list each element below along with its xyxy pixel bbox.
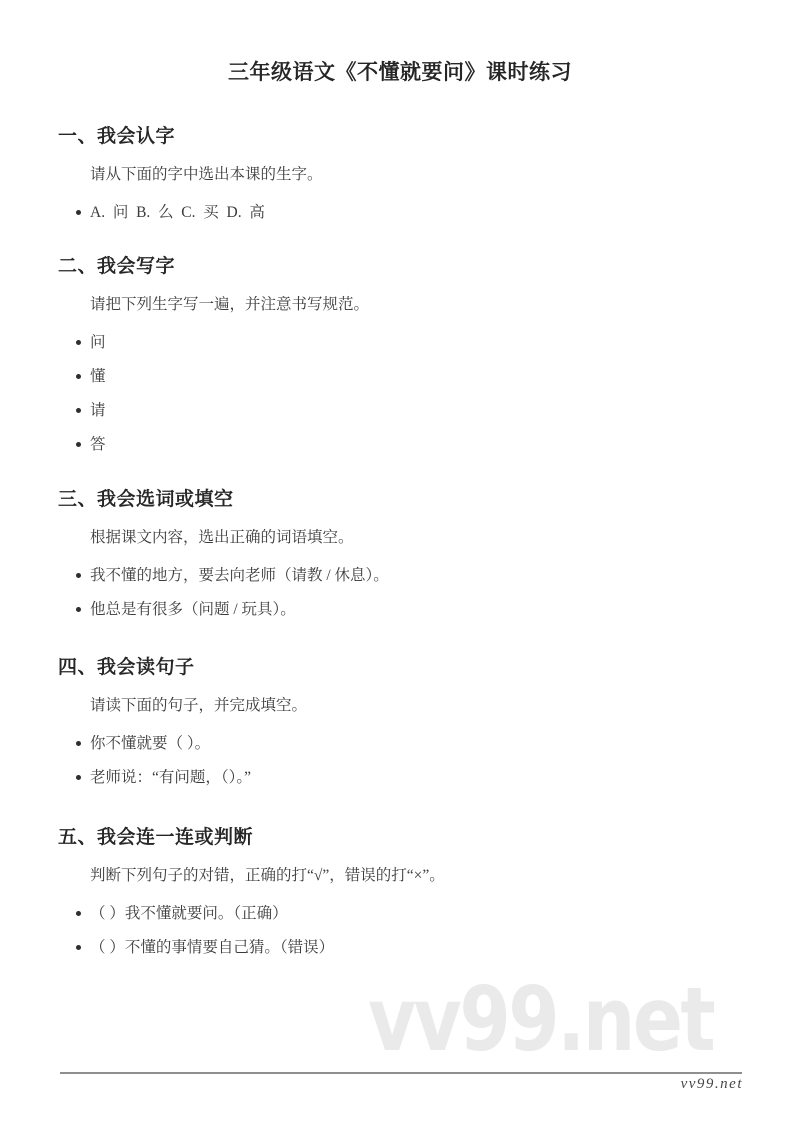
list-item: 老师说：“有问题，（）。”: [90, 768, 800, 787]
worksheet-page: 三年级语文《不懂就要问》课时练习 一、我会认字 请从下面的字中选出本课的生字。 …: [0, 0, 800, 1130]
section-heading: 一、我会认字: [0, 126, 800, 148]
section-item-list: A. 问 B. 么 C. 买 D. 高: [0, 203, 800, 222]
section-heading: 二、我会写字: [0, 256, 800, 278]
bullet-icon: [76, 374, 81, 379]
item-text: （ ）不懂的事情要自己猜。（错误）: [90, 939, 334, 956]
section-instruction: 请读下面的句子，并完成填空。: [0, 696, 800, 715]
bullet-icon: [76, 442, 81, 447]
section-item-list: 问 懂 请 答: [0, 333, 800, 454]
watermark-text: vv99.net: [368, 968, 713, 1071]
list-item: 答: [90, 435, 800, 454]
item-text: 他总是有很多（问题 / 玩具）。: [90, 601, 296, 618]
list-item: 懂: [90, 367, 800, 386]
bullet-icon: [76, 607, 81, 612]
list-item: 我不懂的地方，要去向老师（请教 / 休息）。: [90, 566, 800, 585]
section-heading: 五、我会连一连或判断: [0, 827, 800, 849]
section-item-list: 你不懂就要（ ）。 老师说：“有问题，（）。”: [0, 734, 800, 787]
item-text: 请: [90, 402, 106, 419]
bullet-icon: [76, 741, 81, 746]
bullet-icon: [76, 911, 81, 916]
section-instruction: 请从下面的字中选出本课的生字。: [0, 165, 800, 184]
section-instruction: 根据课文内容，选出正确的词语填空。: [0, 528, 800, 547]
bullet-icon: [76, 340, 81, 345]
bullet-icon: [76, 945, 81, 950]
list-item: （ ）不懂的事情要自己猜。（错误）: [90, 938, 800, 957]
item-text: 懂: [90, 368, 106, 385]
list-item: A. 问 B. 么 C. 买 D. 高: [90, 203, 800, 222]
section-instruction: 请把下列生字写一遍，并注意书写规范。: [0, 295, 800, 314]
list-item: 问: [90, 333, 800, 352]
item-text: （ ）我不懂就要问。（正确）: [90, 905, 288, 922]
section-heading: 四、我会读句子: [0, 657, 800, 679]
item-text: 你不懂就要（ ）。: [90, 735, 210, 752]
section-write-characters: 二、我会写字 请把下列生字写一遍，并注意书写规范。 问 懂 请 答: [0, 256, 800, 454]
section-item-list: 我不懂的地方，要去向老师（请教 / 休息）。 他总是有很多（问题 / 玩具）。: [0, 566, 800, 619]
bullet-icon: [76, 210, 81, 215]
section-item-list: （ ）我不懂就要问。（正确） （ ）不懂的事情要自己猜。（错误）: [0, 904, 800, 957]
item-text: A. 问 B. 么 C. 买 D. 高: [90, 204, 265, 221]
section-recognize-characters: 一、我会认字 请从下面的字中选出本课的生字。 A. 问 B. 么 C. 买 D.…: [0, 126, 800, 222]
section-instruction: 判断下列句子的对错，正确的打“√”，错误的打“×”。: [0, 866, 800, 885]
bullet-icon: [76, 775, 81, 780]
item-text: 我不懂的地方，要去向老师（请教 / 休息）。: [90, 567, 389, 584]
section-read-sentences: 四、我会读句子 请读下面的句子，并完成填空。 你不懂就要（ ）。 老师说：“有问…: [0, 657, 800, 787]
footer-divider: [60, 1072, 742, 1074]
item-text: 问: [90, 334, 106, 351]
item-text: 答: [90, 436, 106, 453]
list-item: （ ）我不懂就要问。（正确）: [90, 904, 800, 923]
section-judge-statements: 五、我会连一连或判断 判断下列句子的对错，正确的打“√”，错误的打“×”。 （ …: [0, 827, 800, 957]
list-item: 他总是有很多（问题 / 玩具）。: [90, 600, 800, 619]
item-text: 老师说：“有问题，（）。”: [90, 769, 251, 786]
page-title: 三年级语文《不懂就要问》课时练习: [0, 57, 800, 87]
list-item: 请: [90, 401, 800, 420]
bullet-icon: [76, 573, 81, 578]
section-heading: 三、我会选词或填空: [0, 489, 800, 511]
section-choose-words: 三、我会选词或填空 根据课文内容，选出正确的词语填空。 我不懂的地方，要去向老师…: [0, 489, 800, 619]
footer-site-label: vv99.net: [681, 1076, 743, 1093]
bullet-icon: [76, 408, 81, 413]
list-item: 你不懂就要（ ）。: [90, 734, 800, 753]
